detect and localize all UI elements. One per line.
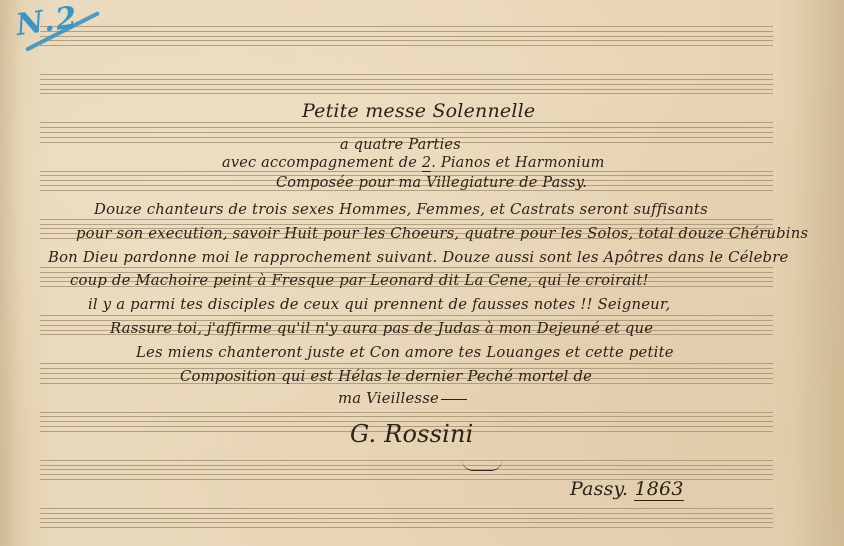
staff-line <box>40 132 773 133</box>
staff <box>40 26 773 46</box>
body-line: Douze chanteurs de trois sexes Hommes, F… <box>94 201 708 218</box>
subtitle-line: a quatre Parties <box>340 137 461 153</box>
body-line: Bon Dieu pardonne moi le rapprochement s… <box>48 249 788 266</box>
staff <box>40 508 773 528</box>
body-line: Les miens chanteront juste et Con amore … <box>136 344 674 361</box>
staff-line <box>40 89 773 90</box>
staff-line <box>40 122 773 123</box>
signature: G. Rossini <box>350 420 474 448</box>
body-line: pour son execution, savoir Huit pour les… <box>76 225 808 242</box>
staff-line <box>40 36 773 37</box>
staff-line <box>40 79 773 80</box>
staff-line <box>40 460 773 461</box>
staff-line <box>40 127 773 128</box>
staff-line <box>40 474 773 475</box>
title: Petite messe Solennelle <box>302 100 535 122</box>
body-line: Rassure toi, j'affirme qu'il n'y aura pa… <box>110 320 653 337</box>
staff-line <box>40 315 773 316</box>
staff-line <box>40 26 773 27</box>
staff-line <box>40 267 773 268</box>
staff-line <box>40 74 773 75</box>
page-edge-left <box>0 0 22 546</box>
subtitle-line: Composée pour ma Villegiature de Passy. <box>276 175 587 191</box>
staff-line <box>40 527 773 528</box>
place: Passy. <box>570 478 628 500</box>
staff-line <box>40 522 773 523</box>
subtitle-line: avec accompagnement de 2. Pianos et Harm… <box>222 155 605 171</box>
staff-line <box>40 518 773 519</box>
signature-flourish <box>462 460 502 471</box>
staff-line <box>40 31 773 32</box>
staff <box>40 460 773 480</box>
closing-words: ma Vieillesse <box>338 390 439 407</box>
staff-line <box>40 45 773 46</box>
staff-line <box>40 40 773 41</box>
body-line: Composition qui est Hélas le dernier Pec… <box>180 368 592 385</box>
staff-line <box>40 416 773 417</box>
staff-line <box>40 513 773 514</box>
staff-line <box>40 93 773 94</box>
page-edge-right <box>794 0 844 546</box>
body-line: coup de Machoire peint à Fresque par Leo… <box>70 272 649 289</box>
body-line: ma Vieillesse <box>338 390 467 407</box>
place-date: Passy. 1863 <box>570 478 684 500</box>
flourish-stroke <box>441 399 467 400</box>
subtitle-text: avec accompagnement de 2. Pianos et Harm… <box>222 155 605 172</box>
staff-line <box>40 363 773 364</box>
body-line: il y a parmi tes disciples de ceux qui p… <box>88 296 670 313</box>
staff-line <box>40 465 773 466</box>
staff-line <box>40 412 773 413</box>
staff-line <box>40 469 773 470</box>
staff <box>40 74 773 94</box>
staff-line <box>40 508 773 509</box>
manuscript-page: N.2 Petite messe Solennelle a quatre Par… <box>0 0 844 546</box>
staff-line <box>40 219 773 220</box>
staff-line <box>40 84 773 85</box>
year: 1863 <box>634 478 683 501</box>
